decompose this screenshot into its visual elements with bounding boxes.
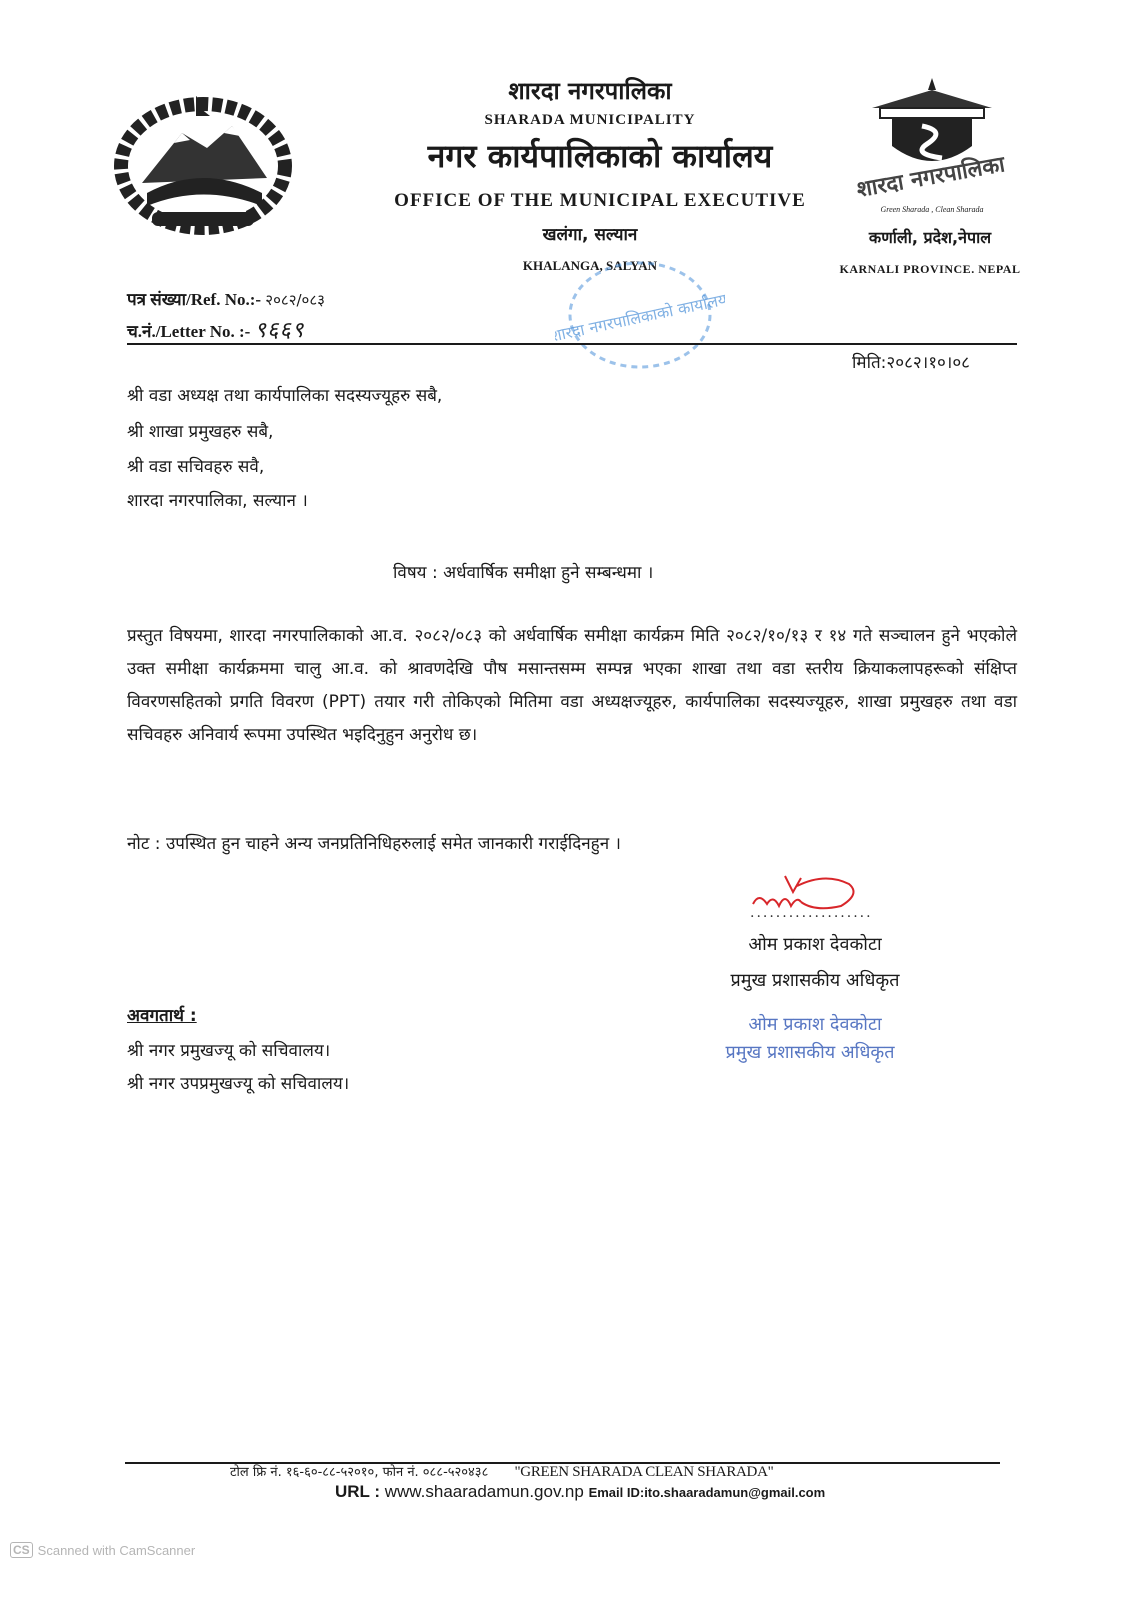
letter-label: च.नं./Letter No. :- <box>127 322 250 341</box>
nepal-emblem-icon <box>112 88 294 236</box>
date-value: २०८२।१०।०८ <box>886 353 970 373</box>
recipient-line: शारदा नगरपालिका, सल्यान । <box>127 488 308 511</box>
tollfree-number: टोल फ्रि नं. १६-६०-८८-५२०१० <box>230 1465 374 1480</box>
cc-heading: अवगतार्थ : <box>127 1003 197 1026</box>
province-en: KARNALI PROVINCE. NEPAL <box>820 262 1040 277</box>
cc-item: श्री नगर उपप्रमुखज्यू को सचिवालय। <box>127 1071 349 1094</box>
signatory-title: प्रमुख प्रशासकीय अधिकृत <box>700 968 930 992</box>
recipient-line: श्री वडा अध्यक्ष तथा कार्यपालिका सदस्यज्… <box>127 383 442 406</box>
subject-line: विषय : अर्धवार्षिक समीक्षा हुने सम्बन्धम… <box>393 560 653 583</box>
watermark-text: Scanned with CamScanner <box>38 1543 196 1558</box>
ref-number: पत्र संख्या/Ref. No.:- २०८२/०८३ <box>127 287 325 310</box>
sharada-municipality-logo-icon: शारदा नगरपालिका Green Sharada , Clean Sh… <box>852 76 1012 216</box>
svg-text:शारदा नगरपालिकाको कार्यालय: शारदा नगरपालिकाको कार्यालय <box>555 289 725 345</box>
municipality-name-en: SHARADA MUNICIPALITY <box>380 112 800 129</box>
recipient-line: श्री वडा सचिवहरु सवै, <box>127 454 264 477</box>
signatory-name: ओम प्रकाश देवकोटा <box>700 932 930 956</box>
seal-name: ओम प्रकाश देवकोटा <box>700 1012 930 1036</box>
camscanner-icon: CS <box>10 1542 33 1558</box>
letter-number: च.नं./Letter No. :- ९६६९ <box>127 314 304 344</box>
office-name-en: OFFICE OF THE MUNICIPAL EXECUTIVE <box>360 190 840 212</box>
signature-line: ................... <box>750 905 873 921</box>
ref-value: २०८२/०८३ <box>265 291 325 309</box>
header-divider <box>127 343 1017 345</box>
letter-value: ९६६९ <box>255 318 305 343</box>
email-label: Email ID: <box>589 1485 645 1500</box>
letter-date: मिति:२०८२।१०।०८ <box>852 350 970 373</box>
office-stamp: शारदा नगरपालिकाको कार्यालय <box>555 255 725 375</box>
date-label: मिति: <box>852 353 886 373</box>
camscanner-watermark: CS Scanned with CamScanner <box>10 1542 195 1558</box>
email-link[interactable]: ito.shaaradamun@gmail.com <box>644 1485 825 1500</box>
body-paragraph: प्रस्तुत विषयमा, शारदा नगरपालिकाको आ.व. … <box>127 620 1017 752</box>
seal-title: प्रमुख प्रशासकीय अधिकृत <box>690 1040 930 1064</box>
website-link[interactable]: www.shaaradamun.gov.np <box>385 1482 584 1501</box>
cc-item: श्री नगर प्रमुखज्यू को सचिवालय। <box>127 1038 330 1061</box>
municipality-name-np: शारदा नगरपालिका <box>380 74 800 107</box>
svg-text:Green Sharada , Clean Sharada: Green Sharada , Clean Sharada <box>880 205 983 214</box>
footer-slogan: "GREEN SHARADA CLEAN SHARADA" <box>514 1464 773 1480</box>
note-line: नोट : उपस्थित हुन चाहने अन्य जनप्रतिनिधि… <box>127 828 1017 861</box>
office-name-np: नगर कार्यपालिकाको कार्यालय <box>360 134 840 177</box>
footer-web: URL : www.shaaradamun.gov.np Email ID:it… <box>335 1482 825 1502</box>
url-label: URL : <box>335 1482 380 1501</box>
phone-number: , फोन नं. ०८८-५२०४३८ <box>374 1465 488 1480</box>
ref-label: पत्र संख्या/Ref. No.:- <box>127 290 261 309</box>
recipient-line: श्री शाखा प्रमुखहरु सबै, <box>127 419 273 442</box>
location-np: खलंगा, सल्यान <box>440 222 740 245</box>
province-np: कर्णाली, प्रदेश,नेपाल <box>830 226 1030 248</box>
footer-contact: टोल फ्रि नं. १६-६०-८८-५२०१०, फोन नं. ०८८… <box>230 1462 773 1481</box>
